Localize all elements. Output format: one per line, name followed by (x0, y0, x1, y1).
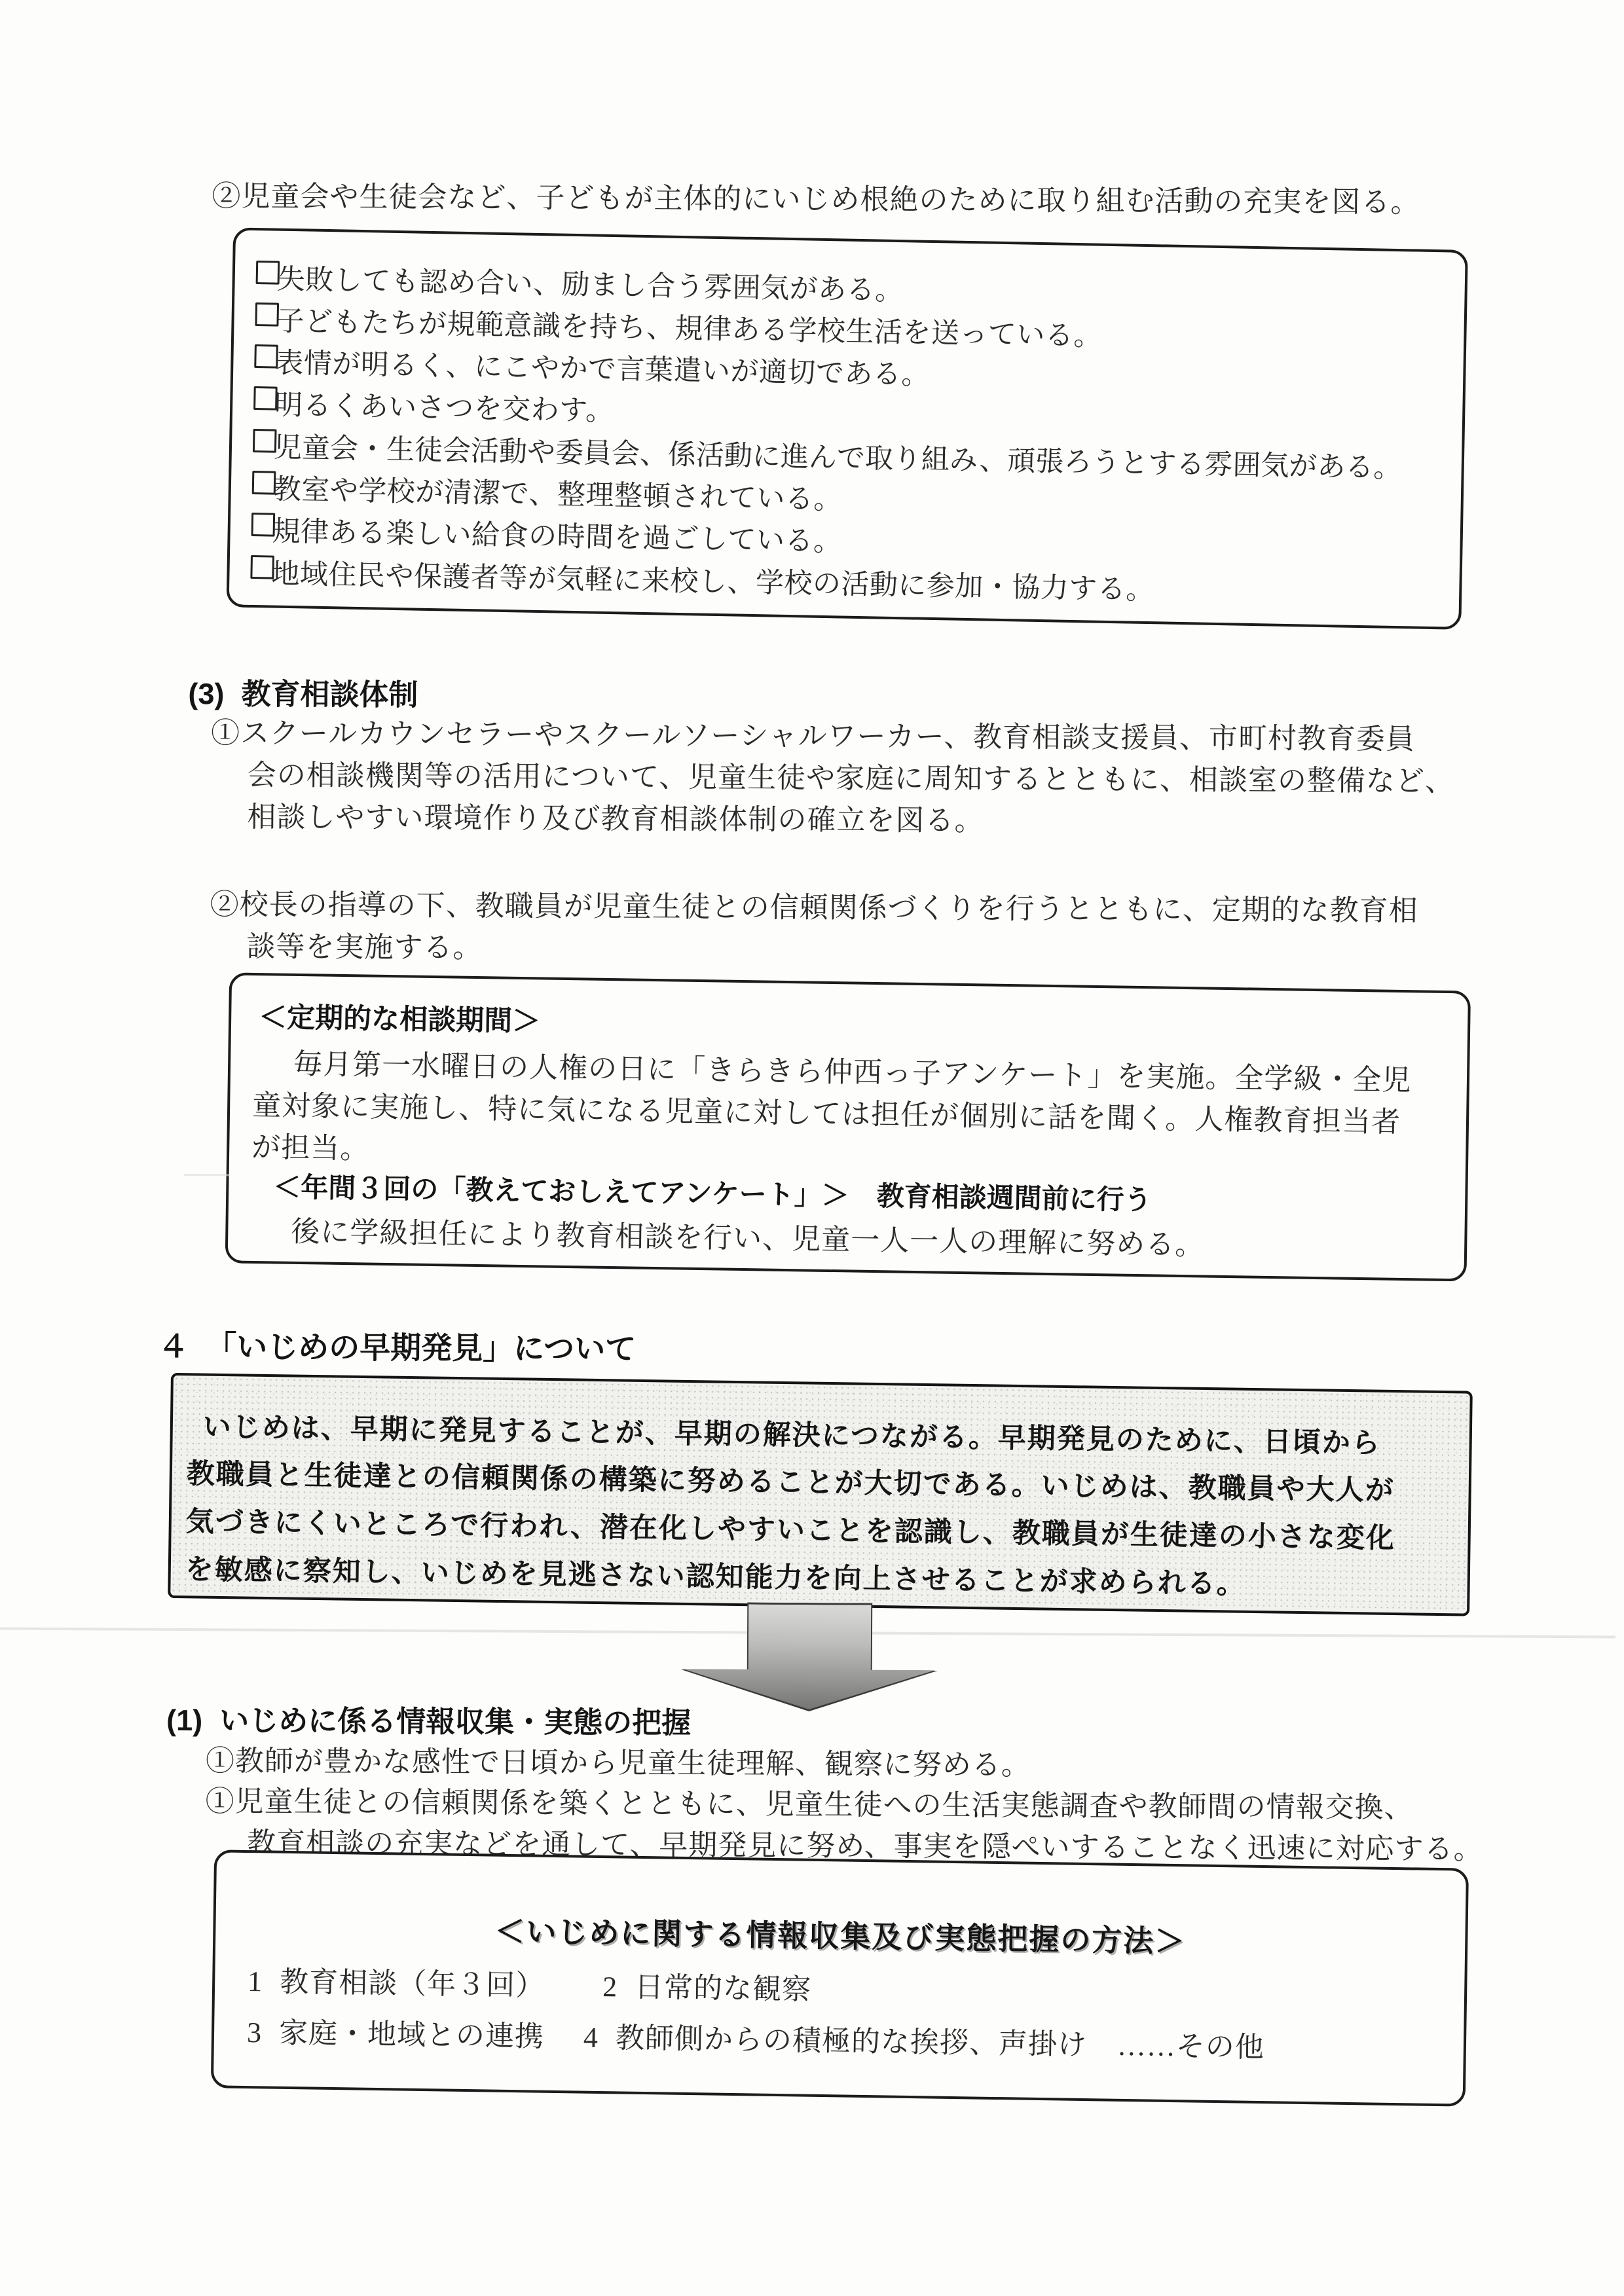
down-arrow-icon (680, 1602, 938, 1712)
info-gathering-methods-box: ＜いじめに関する情報収集及び実態把握の方法＞ 1教育相談（年３回）2日常的な観察… (211, 1850, 1469, 2106)
subsection1-heading: (1)いじめに係る情報収集・実態の把握 (166, 1696, 691, 1741)
checklist-item-label: 地域住民や保護者等が気軽に来校し、学校の活動に参加・協力する。 (271, 552, 1154, 608)
methods-row: 1教育相談（年３回）2日常的な観察 (248, 1958, 812, 2008)
down-arrow-fill (683, 1604, 935, 1710)
method-label: 教育相談（年３回） (280, 1966, 545, 2002)
highlight-line: を敏感に察知し、いじめを見逃さない認知能力を向上させることが求められる。 (185, 1547, 1246, 1602)
section4-title: 「いじめの早期発見」について (206, 1329, 636, 1366)
section4-heading: ４「いじめの早期発見」について (158, 1322, 636, 1369)
consult-paragraph1-line: 相談しやすい環境作り及び教育相談体制の確立を図る。 (247, 793, 984, 839)
checklist-item-label: 教室や学校が清潔で、整理整頓されている。 (272, 467, 842, 518)
school-climate-checklist-box: 失敗しても認め合い、励まし合う雰囲気がある。 子どもたちが規範意識を持ち、規律あ… (227, 227, 1468, 629)
checklist-row: 規律ある楽しい給食の時間を過ごしている。 (230, 508, 1460, 560)
method-label: 家庭・地域との連携 (279, 2017, 545, 2053)
info-gathering-line: ①児童生徒との信頼関係を築くとともに、児童生徒への生活実態調査や教師間の情報交換… (205, 1777, 1413, 1826)
section3-number: (3) (188, 677, 224, 710)
section3-title: 教育相談体制 (241, 677, 418, 711)
checklist-item-label: 明るくあいさつを交わす。 (274, 383, 615, 429)
info-gathering-line: ①教師が豊かな感性で日頃から児童生徒理解、観察に努める。 (206, 1737, 1031, 1783)
method-number: 3 (247, 2016, 263, 2049)
subsection1-title: いじめに係る情報収集・実態の把握 (219, 1704, 691, 1740)
consult-paragraph2-line: ②校長の指導の下、教職員が児童生徒との信頼関係づくりを行うとともに、定期的な教育… (210, 881, 1418, 929)
method-number: 2 (602, 1971, 618, 2003)
method-number: 1 (248, 1965, 263, 1997)
highlight-line: 気づきにくいところで行われ、潜在化しやすいことを認識し、教職員が生徒達の小さな変… (185, 1499, 1395, 1556)
subsection1-number: (1) (166, 1704, 202, 1737)
section3-heading: (3)教育相談体制 (188, 670, 418, 714)
consult-paragraph1-line: 会の相談機関等の活用について、児童生徒や家庭に周知するとともに、相談室の整備など… (248, 752, 1455, 800)
method-label: 日常的な観察 (635, 1971, 812, 2006)
method-number: 4 (583, 2022, 599, 2054)
section4-number: ４ (158, 1329, 189, 1364)
method-label: 教師側からの積極的な挨拶、声掛け (616, 2022, 1088, 2061)
consult-paragraph2-line: 談等を実施する。 (246, 922, 482, 966)
consultation-box-line: が担当。 (251, 1123, 370, 1167)
consult-paragraph1-line: ①スクールカウンセラーやスクールソーシャルワーカー、教育相談支援員、市町村教育委… (211, 709, 1415, 757)
regular-consultation-box: ＜定期的な相談期間＞ 毎月第一水曜日の人権の日に「きらきら仲西っ子アンケート」を… (225, 972, 1471, 1281)
methods-suffix: ……その他 (1117, 2030, 1265, 2064)
highlight-line: 教職員と生徒達との信頼関係の構築に努めることが大切である。いじめは、教職員や大人… (186, 1451, 1395, 1508)
checklist-row: 地域住民や保護者等が気軽に来校し、学校の活動に参加・協力する。 (229, 551, 1460, 603)
consultation-box-heading: ＜定期的な相談期間＞ (259, 995, 541, 1039)
early-detection-highlight-box: いじめは、早期に発見することが、早期の解決につながる。早期発見のために、日頃から… (168, 1373, 1473, 1616)
methods-row: 3家庭・地域との連携4教師側からの積極的な挨拶、声掛け……その他 (247, 2009, 1265, 2066)
scanned-document-page: ②児童会や生徒会など、子どもが主体的にいじめ根絶のために取り組む活動の充実を図る… (0, 0, 1624, 2296)
checklist-item-label: 規律ある楽しい給食の時間を過ごしている。 (272, 509, 842, 560)
highlight-line: いじめは、早期に発見することが、早期の解決につながる。早期発見のために、日頃から (202, 1405, 1381, 1461)
activity-enrichment-line: ②児童会や生徒会など、子どもが主体的にいじめ根絶のために取り組む活動の充実を図る… (212, 172, 1420, 221)
scan-artifact-line (184, 1174, 230, 1176)
methods-box-title: ＜いじめに関する情報収集及び実態把握の方法＞ (215, 1903, 1466, 1965)
